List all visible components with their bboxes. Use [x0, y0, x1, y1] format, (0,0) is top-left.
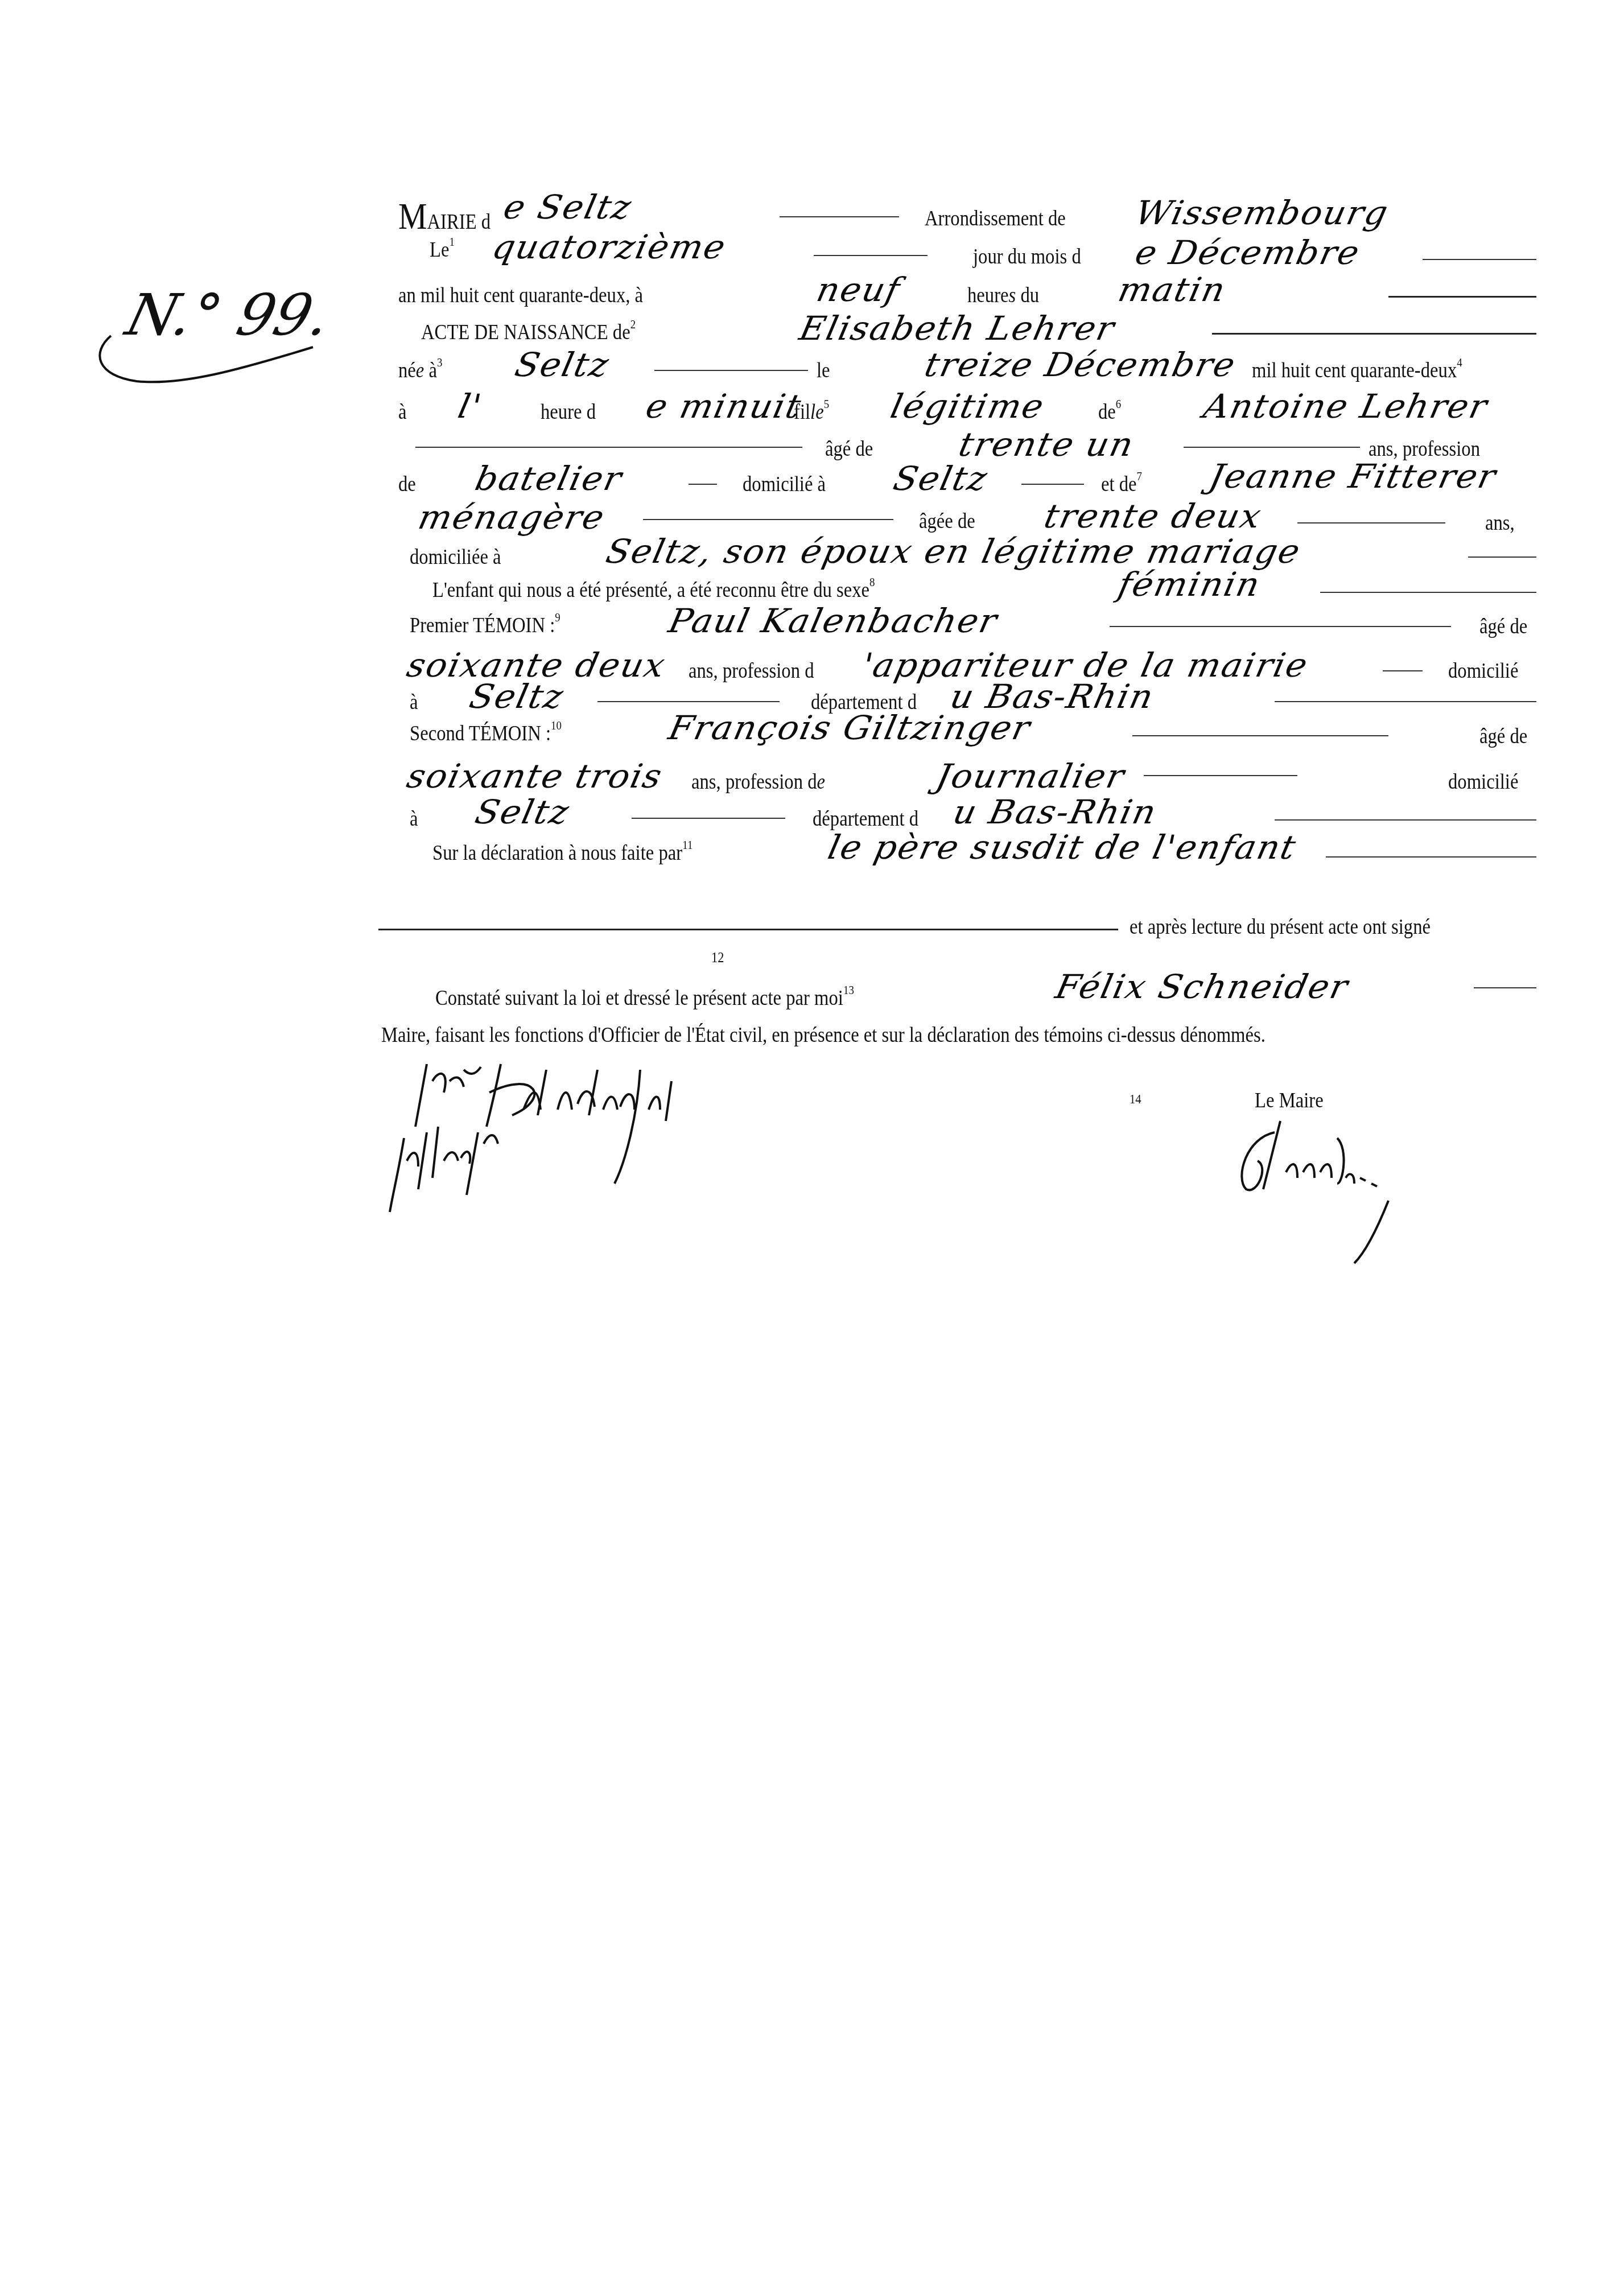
enfant-label: L'enfant qui nous a été présenté, a été … — [432, 579, 875, 601]
mother-age: trente deux — [1041, 500, 1265, 533]
temoin1-domicile: Seltz — [467, 680, 567, 713]
age-de-label: âgé de — [1479, 726, 1527, 747]
birth-place: Seltz — [512, 348, 613, 381]
nee-label: née à3 — [398, 360, 443, 381]
temoin2-domicile: Seltz — [472, 795, 573, 828]
temoin1-label: Premier TÉMOIN :9 — [410, 615, 560, 636]
mother-domicile-text: Seltz, son époux en légitime mariage — [603, 535, 1304, 568]
profession-d-label: ans, profession de — [691, 771, 825, 793]
et-de-label: et de7 — [1101, 473, 1142, 495]
le-label: Le1 — [430, 239, 455, 261]
month-value: e Décembre — [1132, 236, 1363, 269]
period-value: matin — [1115, 273, 1229, 306]
de-label: de — [398, 473, 416, 495]
day-value: quatorzième — [489, 230, 729, 263]
age-label: âgé de — [825, 438, 873, 460]
jour-label: jour du mois d — [973, 246, 1081, 267]
rule — [415, 447, 802, 448]
declarant: le père susdit de l'enfant — [825, 831, 1300, 864]
domiciliee-label: domiciliée à — [410, 546, 501, 568]
temoin1-name: Paul Kalenbacher — [666, 604, 1001, 637]
heure2-label: heure d — [541, 401, 596, 423]
rule — [1468, 557, 1536, 558]
rule — [814, 255, 928, 256]
le-maire-label: Le Maire — [1255, 1090, 1324, 1111]
mayor-signature: Schneider (signature) — [1223, 1115, 1479, 1258]
rule — [1212, 333, 1536, 335]
domicilie-label: domicilié à — [743, 473, 826, 495]
rule — [1110, 626, 1451, 627]
father-profession: batelier — [472, 462, 625, 495]
father-name: Antoine Lehrer — [1201, 390, 1491, 423]
temoin2-profession: Journalier — [933, 760, 1128, 793]
rule — [1423, 259, 1536, 260]
rule — [689, 484, 717, 485]
father-domicile: Seltz — [891, 462, 991, 495]
declaration-label: Sur la déclaration à nous faite par11 — [432, 842, 693, 864]
constate-label: Constaté suivant la loi et dressé le pré… — [435, 987, 854, 1009]
temoin2-age: soixante trois — [404, 760, 666, 793]
mairie-line: MAIRIE d — [398, 198, 491, 236]
ans-label: ans, — [1485, 512, 1515, 534]
mother-profession: ménagère — [415, 501, 608, 534]
rule — [1144, 775, 1297, 776]
rule — [1021, 484, 1084, 485]
rule — [1184, 447, 1360, 448]
mother-age-label: âgée de — [919, 510, 975, 532]
hour-value: neuf — [814, 273, 904, 306]
rule — [654, 370, 808, 371]
fil-label: fille5 — [794, 401, 829, 423]
domicilie2-label: domicilié — [1448, 771, 1518, 793]
le2-label: le — [817, 360, 830, 381]
year-label: an mil huit cent quarante-deux, à — [398, 285, 643, 306]
acte-label: ACTE DE NAISSANCE de2 — [421, 321, 636, 343]
domicilie2-label: domicilié — [1448, 660, 1518, 682]
age-de-label: âgé de — [1479, 616, 1527, 637]
rule — [597, 701, 780, 702]
a3-label: à — [410, 691, 418, 713]
rule — [378, 929, 1118, 930]
rule — [1132, 735, 1388, 736]
profession-d-label: ans, profession d — [689, 660, 814, 682]
rule — [643, 519, 893, 520]
temoin2-departement: u Bas-Rhin — [950, 795, 1160, 828]
rule — [1474, 987, 1536, 988]
birth-date: treize Décembre — [922, 348, 1239, 381]
mairie-label: AIRIE d — [427, 210, 491, 234]
arrondissement-label: Arrondissement de — [925, 208, 1066, 229]
record-number-flourish — [91, 330, 319, 398]
rule — [1320, 592, 1536, 593]
rule — [1297, 522, 1445, 523]
note-14: 14 — [1130, 1093, 1141, 1106]
rule — [1326, 856, 1536, 858]
rule — [1275, 701, 1536, 702]
mairie-value: e Seltz — [501, 191, 635, 224]
departement-label: département d — [813, 808, 918, 830]
temoin2-name: François Giltzinger — [666, 711, 1034, 744]
lecture-label: et après lecture du présent acte ont sig… — [1130, 916, 1431, 938]
maire-label: Maire, faisant les fonctions d'Officier … — [381, 1024, 1266, 1046]
year2-label: mil huit cent quarante-deux4 — [1252, 360, 1462, 381]
mairie-initial: M — [398, 196, 427, 237]
witness-signatures: Kalenbacher / Giltzinger (signatures) — [387, 1047, 984, 1218]
temoin2-label: Second TÉMOIN :10 — [410, 723, 562, 744]
heures-label: heures du — [967, 285, 1039, 306]
rule — [1383, 670, 1423, 671]
arrondissement-value: Wissembourg — [1132, 196, 1392, 229]
legitimacy: légitime — [888, 390, 1048, 423]
rule — [1275, 819, 1536, 821]
note-12: 12 — [711, 950, 724, 965]
a2-label: à — [398, 401, 407, 423]
child-name: Elisabeth Lehrer — [797, 312, 1118, 345]
sex-value: féminin — [1115, 568, 1264, 601]
father-age: trente un — [956, 428, 1137, 461]
mother-name: Jeanne Fitterer — [1206, 460, 1499, 493]
rule — [1388, 296, 1536, 298]
rule — [780, 216, 899, 217]
officer-name: Félix Schneider — [1053, 970, 1351, 1003]
rule — [632, 818, 785, 819]
de6-label: de6 — [1098, 401, 1121, 423]
birth-hour: l' — [455, 390, 485, 423]
a3-label: à — [410, 808, 418, 830]
birth-period: e minuit — [643, 390, 805, 423]
